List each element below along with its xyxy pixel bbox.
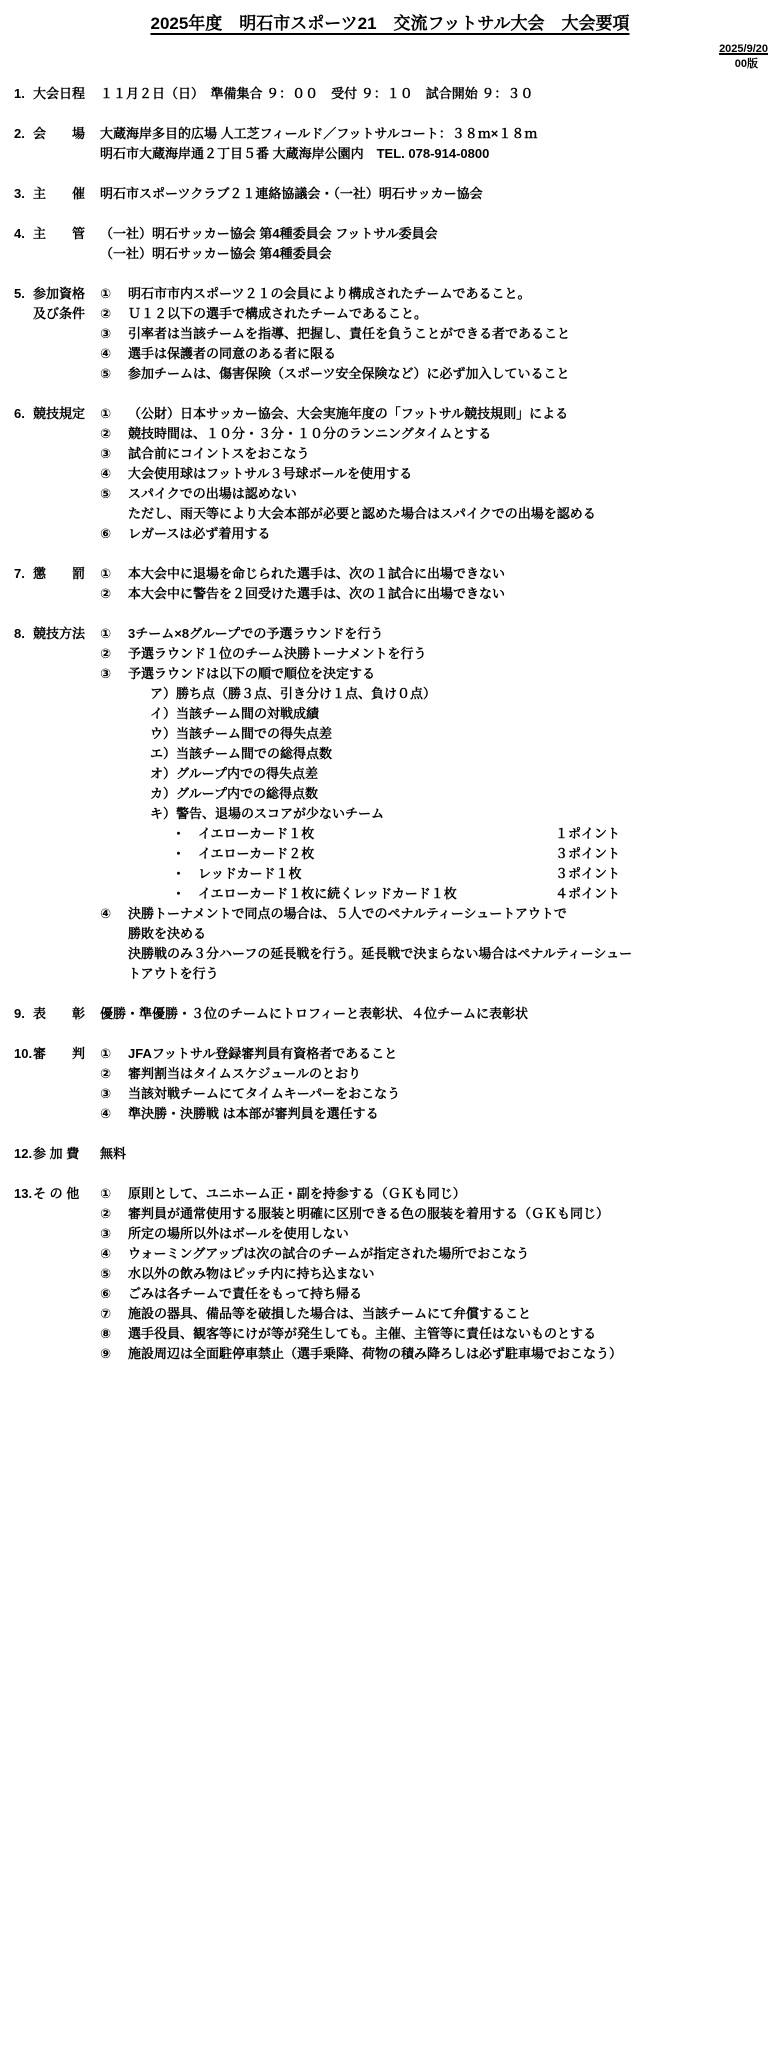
bullet-item: ・レッドカード１枚３ポイント (100, 864, 780, 884)
item-text: 本大会中に退場を命じられた選手は、次の１試合に出場できない (128, 564, 505, 584)
section-label: 2.会 場 (14, 124, 100, 164)
section-content: ①（公財）日本サッカー協会、大会実施年度の「フットサル競技規則」による②競技時間… (100, 404, 780, 544)
revision-date: 2025/9/20 (0, 42, 780, 57)
section-number: 9. (14, 1004, 33, 1024)
section-number: 8. (14, 624, 33, 644)
numbered-item: ②Ｕ１２以下の選手で構成されたチームであること。 (100, 304, 780, 324)
section-label: 9.表 彰 (14, 1004, 100, 1024)
section-content: ①本大会中に退場を命じられた選手は、次の１試合に出場できない②本大会中に警告を２… (100, 564, 780, 604)
section-label-line: 13.そ の 他 (14, 1184, 100, 1204)
section-title: 大会日程 (33, 86, 85, 101)
continuation-line: 決勝戦のみ３分ハーフの延長戦を行う。延長戦で決まらない場合はペナルティーシュー (100, 944, 780, 964)
numbered-item: ⑦施設の器具、備品等を破損した場合は、当該チームにて弁償すること (100, 1304, 780, 1324)
continuation-line: 勝敗を決める (100, 924, 780, 944)
numbered-item: ②本大会中に警告を２回受けた選手は、次の１試合に出場できない (100, 584, 780, 604)
circled-number-marker: ⑧ (100, 1324, 128, 1344)
section-label: 6.競技規定 (14, 404, 100, 544)
section-title: 会 場 (33, 126, 85, 141)
circled-number-marker: ⑤ (100, 1264, 128, 1284)
section-content: 明石市スポーツクラブ２１連絡協議会・（一社）明石サッカー協会 (100, 184, 780, 204)
section-content: 優勝・準優勝・３位のチームにトロフィーと表彰状、４位チームに表彰状 (100, 1004, 780, 1024)
item-text: 予選ラウンドは以下の順で順位を決定する (128, 664, 375, 684)
item-text: 水以外の飲み物はピッチ内に持ち込まない (128, 1264, 374, 1284)
text-line: 明石市スポーツクラブ２１連絡協議会・（一社）明石サッカー協会 (100, 184, 780, 204)
bullet-marker: ・ (172, 884, 198, 904)
item-text: 施設の器具、備品等を破損した場合は、当該チームにて弁償すること (128, 1304, 531, 1324)
item-text: 引率者は当該チームを指導、把握し、責任を負うことができる者であること (128, 324, 570, 344)
circled-number-marker: ① (100, 624, 128, 644)
bullet-text: イエローカード１枚 (198, 824, 555, 844)
item-text: 決勝トーナメントで同点の場合は、５人でのペナルティーシュートアウトで (128, 904, 567, 924)
circled-number-marker: ② (100, 1204, 128, 1224)
section-label-line: 9.表 彰 (14, 1004, 100, 1024)
item-text: 原則として、ユニホーム正・副を持参する（ＧＫも同じ） (128, 1184, 466, 1204)
numbered-item: ③引率者は当該チームを指導、把握し、責任を負うことができる者であること (100, 324, 780, 344)
item-text: 予選ラウンド１位のチーム決勝トーナメントを行う (128, 644, 426, 664)
numbered-item: ③予選ラウンドは以下の順で順位を決定する (100, 664, 780, 684)
section-number: 6. (14, 404, 33, 424)
section-label: 8.競技方法 (14, 624, 100, 984)
numbered-item: ②予選ラウンド１位のチーム決勝トーナメントを行う (100, 644, 780, 664)
section: 5.参加資格及び条件①明石市市内スポーツ２１の会員により構成されたチームであるこ… (14, 284, 780, 384)
numbered-item: ④大会使用球はフットサル３号球ボールを使用する (100, 464, 780, 484)
circled-number-marker: ⑤ (100, 364, 128, 384)
section-content: （一社）明石サッカー協会 第4種委員会 フットサル委員会（一社）明石サッカー協会… (100, 224, 780, 264)
numbered-item: ①原則として、ユニホーム正・副を持参する（ＧＫも同じ） (100, 1184, 780, 1204)
bullet-text: レッドカード１枚 (198, 864, 555, 884)
numbered-item: ⑤参加チームは、傷害保険（スポーツ安全保険など）に必ず加入していること (100, 364, 780, 384)
section-label: 1.大会日程 (14, 84, 100, 104)
numbered-item: ④ウォーミングアップは次の試合のチームが指定された場所でおこなう (100, 1244, 780, 1264)
circled-number-marker: ④ (100, 1244, 128, 1264)
section-title: 主 催 (33, 186, 85, 201)
section: 10.審 判①JFAフットサル登録審判員有資格者であること②審判割当はタイムスケ… (14, 1044, 780, 1124)
item-text: 本大会中に警告を２回受けた選手は、次の１試合に出場できない (128, 584, 505, 604)
text-line: １１月２日（日） 準備集合 ９：００ 受付 ９：１０ 試合開始 ９：３０ (100, 84, 780, 104)
item-text: （公財）日本サッカー協会、大会実施年度の「フットサル競技規則」による (128, 404, 568, 424)
numbered-item: ④決勝トーナメントで同点の場合は、５人でのペナルティーシュートアウトで (100, 904, 780, 924)
item-text: 選手役員、観客等にけが等が発生しても。主催、主管等に責任はないものとする (128, 1324, 596, 1344)
numbered-item: ④選手は保護者の同意のある者に限る (100, 344, 780, 364)
sub-item: オ）グループ内での得失点差 (100, 764, 780, 784)
circled-number-marker: ③ (100, 1224, 128, 1244)
numbered-item: ①（公財）日本サッカー協会、大会実施年度の「フットサル競技規則」による (100, 404, 780, 424)
circled-number-marker: ④ (100, 464, 128, 484)
bullet-item: ・イエローカード２枚３ポイント (100, 844, 780, 864)
point-value: ３ポイント (555, 844, 620, 864)
section-number: 12. (14, 1144, 33, 1164)
section-label-line: 10.審 判 (14, 1044, 100, 1064)
circled-number-marker: ① (100, 1184, 128, 1204)
sub-item: ア）勝ち点（勝３点、引き分け１点、負け０点） (100, 684, 780, 704)
numbered-item: ⑥レガースは必ず着用する (100, 524, 780, 544)
section-number: 2. (14, 124, 33, 144)
section: 1.大会日程１１月２日（日） 準備集合 ９：００ 受付 ９：１０ 試合開始 ９：… (14, 84, 780, 104)
circled-number-marker: ② (100, 584, 128, 604)
section-number: 10. (14, 1044, 33, 1064)
numbered-item: ①本大会中に退場を命じられた選手は、次の１試合に出場できない (100, 564, 780, 584)
section: 7.懲 罰①本大会中に退場を命じられた選手は、次の１試合に出場できない②本大会中… (14, 564, 780, 604)
circled-number-marker: ② (100, 1064, 128, 1084)
point-value: ４ポイント (555, 884, 620, 904)
section-number: 7. (14, 564, 33, 584)
item-text: 準決勝・決勝戦 は本部が審判員を選任する (128, 1104, 379, 1124)
numbered-item: ⑤水以外の飲み物はピッチ内に持ち込まない (100, 1264, 780, 1284)
circled-number-marker: ① (100, 564, 128, 584)
section-content: ①原則として、ユニホーム正・副を持参する（ＧＫも同じ）②審判員が通常使用する服装… (100, 1184, 780, 1364)
text-line: 優勝・準優勝・３位のチームにトロフィーと表彰状、４位チームに表彰状 (100, 1004, 780, 1024)
section-content: 大蔵海岸多目的広場 人工芝フィールド／フットサルコート：３８ｍ×１８ｍ明石市大蔵… (100, 124, 780, 164)
numbered-item: ⑤スパイクでの出場は認めない (100, 484, 780, 504)
section: 8.競技方法①3チーム×8グループでの予選ラウンドを行う②予選ラウンド１位のチー… (14, 624, 780, 984)
section-label-line: 8.競技方法 (14, 624, 100, 644)
item-text: 試合前にコイントスをおこなう (128, 444, 309, 464)
section-content: ①明石市市内スポーツ２１の会員により構成されたチームであること。②Ｕ１２以下の選… (100, 284, 780, 384)
circled-number-marker: ③ (100, 1084, 128, 1104)
item-text: ごみは各チームで責任をもって持ち帰る (128, 1284, 362, 1304)
revision-label: 00版 (0, 57, 780, 72)
item-text: 競技時間は、１０分・３分・１０分のランニングタイムとする (128, 424, 491, 444)
section-title: 競技方法 (33, 626, 85, 641)
section-title: 競技規定 (33, 406, 85, 421)
circled-number-marker: ④ (100, 344, 128, 364)
text-line: 大蔵海岸多目的広場 人工芝フィールド／フットサルコート：３８ｍ×１８ｍ (100, 124, 780, 144)
numbered-item: ③所定の場所以外はボールを使用しない (100, 1224, 780, 1244)
section-label-line2: 及び条件 (14, 304, 100, 324)
item-text: ウォーミングアップは次の試合のチームが指定された場所でおこなう (128, 1244, 529, 1264)
numbered-item: ②競技時間は、１０分・３分・１０分のランニングタイムとする (100, 424, 780, 444)
circled-number-marker: ① (100, 404, 128, 424)
point-value: １ポイント (555, 824, 620, 844)
section-content: １１月２日（日） 準備集合 ９：００ 受付 ９：１０ 試合開始 ９：３０ (100, 84, 780, 104)
section-label-line: 6.競技規定 (14, 404, 100, 424)
section-title: 懲 罰 (33, 566, 85, 581)
numbered-item: ⑧選手役員、観客等にけが等が発生しても。主催、主管等に責任はないものとする (100, 1324, 780, 1344)
page-title: 2025年度 明石市スポーツ21 交流フットサル大会 大会要項 (0, 0, 780, 36)
section-label-line: 5.参加資格 (14, 284, 100, 304)
numbered-item: ②審判割当はタイムスケジュールのとおり (100, 1064, 780, 1084)
circled-number-marker: ③ (100, 324, 128, 344)
circled-number-marker: ⑥ (100, 524, 128, 544)
sub-item: エ）当該チーム間での総得点数 (100, 744, 780, 764)
section-label-line: 2.会 場 (14, 124, 100, 144)
bullet-item: ・イエローカード１枚１ポイント (100, 824, 780, 844)
bullet-text: イエローカード２枚 (198, 844, 555, 864)
continuation-line: ただし、雨天等により大会本部が必要と認めた場合はスパイクでの出場を認める (100, 504, 780, 524)
numbered-item: ⑨施設周辺は全面駐停車禁止（選手乗降、荷物の積み降ろしは必ず駐車場でおこなう） (100, 1344, 780, 1364)
point-value: ３ポイント (555, 864, 620, 884)
circled-number-marker: ① (100, 1044, 128, 1064)
numbered-item: ③当該対戦チームにてタイムキーパーをおこなう (100, 1084, 780, 1104)
item-text: 施設周辺は全面駐停車禁止（選手乗降、荷物の積み降ろしは必ず駐車場でおこなう） (128, 1344, 622, 1364)
numbered-item: ⑥ごみは各チームで責任をもって持ち帰る (100, 1284, 780, 1304)
item-text: 当該対戦チームにてタイムキーパーをおこなう (128, 1084, 400, 1104)
section: 2.会 場大蔵海岸多目的広場 人工芝フィールド／フットサルコート：３８ｍ×１８ｍ… (14, 124, 780, 164)
section-label: 3.主 催 (14, 184, 100, 204)
section-label-line: 3.主 催 (14, 184, 100, 204)
numbered-item: ④準決勝・決勝戦 は本部が審判員を選任する (100, 1104, 780, 1124)
item-text: 所定の場所以外はボールを使用しない (128, 1224, 349, 1244)
section: 9.表 彰優勝・準優勝・３位のチームにトロフィーと表彰状、４位チームに表彰状 (14, 1004, 780, 1024)
circled-number-marker: ⑦ (100, 1304, 128, 1324)
text-line: （一社）明石サッカー協会 第4種委員会 フットサル委員会 (100, 224, 780, 244)
sub-item: カ）グループ内での総得点数 (100, 784, 780, 804)
item-text: 明石市市内スポーツ２１の会員により構成されたチームであること。 (128, 284, 530, 304)
item-text: 3チーム×8グループでの予選ラウンドを行う (128, 624, 383, 644)
section: 12.参 加 費無料 (14, 1144, 780, 1164)
circled-number-marker: ⑤ (100, 484, 128, 504)
circled-number-marker: ⑥ (100, 1284, 128, 1304)
section-title: 審 判 (33, 1046, 85, 1061)
section-label: 4.主 管 (14, 224, 100, 264)
section: 4.主 管（一社）明石サッカー協会 第4種委員会 フットサル委員会（一社）明石サ… (14, 224, 780, 264)
sub-item: キ）警告、退場のスコアが少ないチーム (100, 804, 780, 824)
circled-number-marker: ② (100, 304, 128, 324)
section-label-line: 7.懲 罰 (14, 564, 100, 584)
numbered-item: ①3チーム×8グループでの予選ラウンドを行う (100, 624, 780, 644)
circled-number-marker: ③ (100, 444, 128, 464)
section-label: 10.審 判 (14, 1044, 100, 1124)
section: 3.主 催明石市スポーツクラブ２１連絡協議会・（一社）明石サッカー協会 (14, 184, 780, 204)
section-title: そ の 他 (33, 1186, 79, 1201)
section-label: 13.そ の 他 (14, 1184, 100, 1364)
sub-item: イ）当該チーム間の対戦成績 (100, 704, 780, 724)
circled-number-marker: ⑨ (100, 1344, 128, 1364)
circled-number-marker: ③ (100, 664, 128, 684)
item-text: Ｕ１２以下の選手で構成されたチームであること。 (128, 304, 427, 324)
item-text: スパイクでの出場は認めない (128, 484, 297, 504)
text-line: 明石市大蔵海岸通２丁目５番 大蔵海岸公園内 TEL. 078-914-0800 (100, 144, 780, 164)
section: 6.競技規定①（公財）日本サッカー協会、大会実施年度の「フットサル競技規則」によ… (14, 404, 780, 544)
item-text: JFAフットサル登録審判員有資格者であること (128, 1044, 397, 1064)
numbered-item: ①JFAフットサル登録審判員有資格者であること (100, 1044, 780, 1064)
section-number: 5. (14, 284, 33, 304)
circled-number-marker: ② (100, 424, 128, 444)
section-content: ①JFAフットサル登録審判員有資格者であること②審判割当はタイムスケジュールのと… (100, 1044, 780, 1124)
bullet-marker: ・ (172, 824, 198, 844)
bullet-marker: ・ (172, 844, 198, 864)
section-number: 1. (14, 84, 33, 104)
section-title: 参 加 費 (33, 1146, 79, 1161)
section-number: 3. (14, 184, 33, 204)
sub-item: ウ）当該チーム間での得失点差 (100, 724, 780, 744)
document-page: 2025年度 明石市スポーツ21 交流フットサル大会 大会要項 2025/9/2… (0, 0, 780, 2055)
section-label: 12.参 加 費 (14, 1144, 100, 1164)
numbered-item: ③試合前にコイントスをおこなう (100, 444, 780, 464)
section-number: 4. (14, 224, 33, 244)
item-text: 審判割当はタイムスケジュールのとおり (128, 1064, 361, 1084)
section-label: 5.参加資格及び条件 (14, 284, 100, 384)
numbered-item: ①明石市市内スポーツ２１の会員により構成されたチームであること。 (100, 284, 780, 304)
section-title-second: 及び条件 (33, 306, 85, 321)
section-label-line: 4.主 管 (14, 224, 100, 244)
circled-number-marker: ④ (100, 1104, 128, 1124)
item-text: レガースは必ず着用する (128, 524, 270, 544)
section-content: 無料 (100, 1144, 780, 1164)
text-line: 無料 (100, 1144, 780, 1164)
item-text: 参加チームは、傷害保険（スポーツ安全保険など）に必ず加入していること (128, 364, 569, 384)
continuation-line: トアウトを行う (100, 964, 780, 984)
section-title: 参加資格 (33, 286, 85, 301)
item-text: 大会使用球はフットサル３号球ボールを使用する (128, 464, 412, 484)
numbered-item: ②審判員が通常使用する服装と明確に区別できる色の服装を着用する（ＧＫも同じ） (100, 1204, 780, 1224)
section-title: 主 管 (33, 226, 85, 241)
bullet-text: イエローカード１枚に続くレッドカード１枚 (198, 884, 555, 904)
section-number: 13. (14, 1184, 33, 1204)
section: 13.そ の 他①原則として、ユニホーム正・副を持参する（ＧＫも同じ）②審判員が… (14, 1184, 780, 1364)
text-line: （一社）明石サッカー協会 第4種委員会 (100, 244, 780, 264)
circled-number-marker: ① (100, 284, 128, 304)
section-label: 7.懲 罰 (14, 564, 100, 604)
section-content: ①3チーム×8グループでの予選ラウンドを行う②予選ラウンド１位のチーム決勝トーナ… (100, 624, 780, 984)
section-label-line: 1.大会日程 (14, 84, 100, 104)
item-text: 選手は保護者の同意のある者に限る (128, 344, 336, 364)
section-title: 表 彰 (33, 1006, 85, 1021)
sections: 1.大会日程１１月２日（日） 準備集合 ９：００ 受付 ９：１０ 試合開始 ９：… (0, 84, 780, 1364)
bullet-item: ・イエローカード１枚に続くレッドカード１枚４ポイント (100, 884, 780, 904)
circled-number-marker: ④ (100, 904, 128, 924)
section-label-line: 12.参 加 費 (14, 1144, 100, 1164)
bullet-marker: ・ (172, 864, 198, 884)
circled-number-marker: ② (100, 644, 128, 664)
item-text: 審判員が通常使用する服装と明確に区別できる色の服装を着用する（ＧＫも同じ） (128, 1204, 609, 1224)
